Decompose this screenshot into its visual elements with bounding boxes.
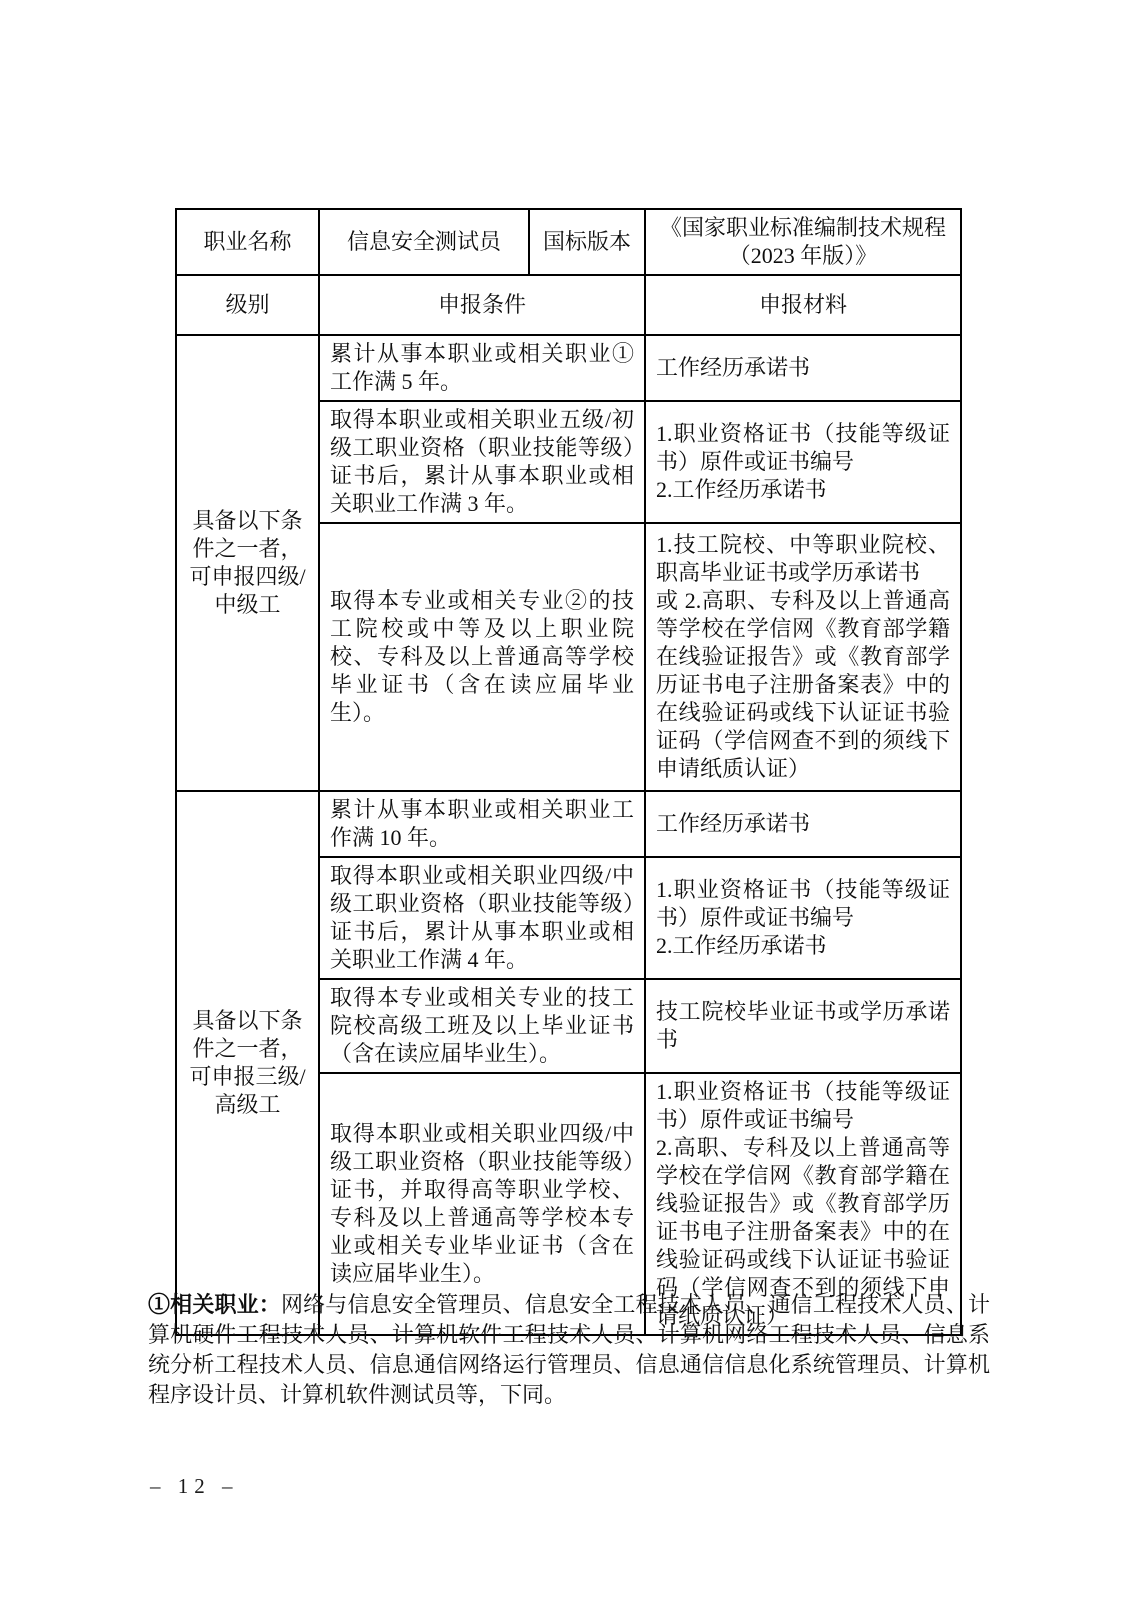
materials-header-cell: 申报材料 — [645, 275, 961, 335]
materials-cell: 工作经历承诺书 — [645, 791, 961, 857]
table-row: 具备以下条 件之一者， 可申报四级/ 中级工 累计从事本职业或相关职业①工作满 … — [176, 335, 961, 401]
materials-cell: 1.技工院校、中等职业院校、职高毕业证书或学历承诺书 或 2.高职、专科及以上普… — [645, 523, 961, 791]
footnote-label: ①相关职业： — [148, 1292, 281, 1317]
gb-version-label-cell: 国标版本 — [529, 209, 645, 275]
level-group-cell-three: 具备以下条 件之一者， 可申报三级/ 高级工 — [176, 791, 319, 1335]
condition-cell: 取得本职业或相关职业五级/初级工职业资格（职业技能等级）证书后，累计从事本职业或… — [319, 401, 645, 523]
level-header-cell: 级别 — [176, 275, 319, 335]
condition-cell: 累计从事本职业或相关职业①工作满 5 年。 — [319, 335, 645, 401]
materials-cell: 1.职业资格证书（技能等级证书）原件或证书编号 2.工作经历承诺书 — [645, 857, 961, 979]
page-number: – 12 – — [150, 1474, 239, 1499]
conditions-header-cell: 申报条件 — [319, 275, 645, 335]
application-requirements-table: 职业名称 信息安全测试员 国标版本 《国家职业标准编制技术规程 （2023 年版… — [175, 208, 962, 1336]
table-row-column-headers: 级别 申报条件 申报材料 — [176, 275, 961, 335]
condition-cell: 取得本专业或相关专业②的技工院校或中等及以上职业院校、专科及以上普通高等学校毕业… — [319, 523, 645, 791]
condition-cell: 取得本专业或相关专业的技工院校高级工班及以上毕业证书（含在读应届毕业生）。 — [319, 979, 645, 1073]
gb-version-value-cell: 《国家职业标准编制技术规程 （2023 年版）》 — [645, 209, 961, 275]
table-row-occupation: 职业名称 信息安全测试员 国标版本 《国家职业标准编制技术规程 （2023 年版… — [176, 209, 961, 275]
condition-cell: 累计从事本职业或相关职业工作满 10 年。 — [319, 791, 645, 857]
materials-cell: 技工院校毕业证书或学历承诺书 — [645, 979, 961, 1073]
footnote-related-occupations: ①相关职业：网络与信息安全管理员、信息安全工程技术人员、通信工程技术人员、计算机… — [148, 1290, 990, 1410]
table-row: 具备以下条 件之一者， 可申报三级/ 高级工 累计从事本职业或相关职业工作满 1… — [176, 791, 961, 857]
materials-cell: 1.职业资格证书（技能等级证书）原件或证书编号 2.工作经历承诺书 — [645, 401, 961, 523]
occupation-value-cell: 信息安全测试员 — [319, 209, 529, 275]
materials-cell: 工作经历承诺书 — [645, 335, 961, 401]
condition-cell: 取得本职业或相关职业四级/中级工职业资格（职业技能等级）证书后，累计从事本职业或… — [319, 857, 645, 979]
level-group-cell-four: 具备以下条 件之一者， 可申报四级/ 中级工 — [176, 335, 319, 791]
occupation-label-cell: 职业名称 — [176, 209, 319, 275]
document-page: 职业名称 信息安全测试员 国标版本 《国家职业标准编制技术规程 （2023 年版… — [0, 0, 1131, 1600]
